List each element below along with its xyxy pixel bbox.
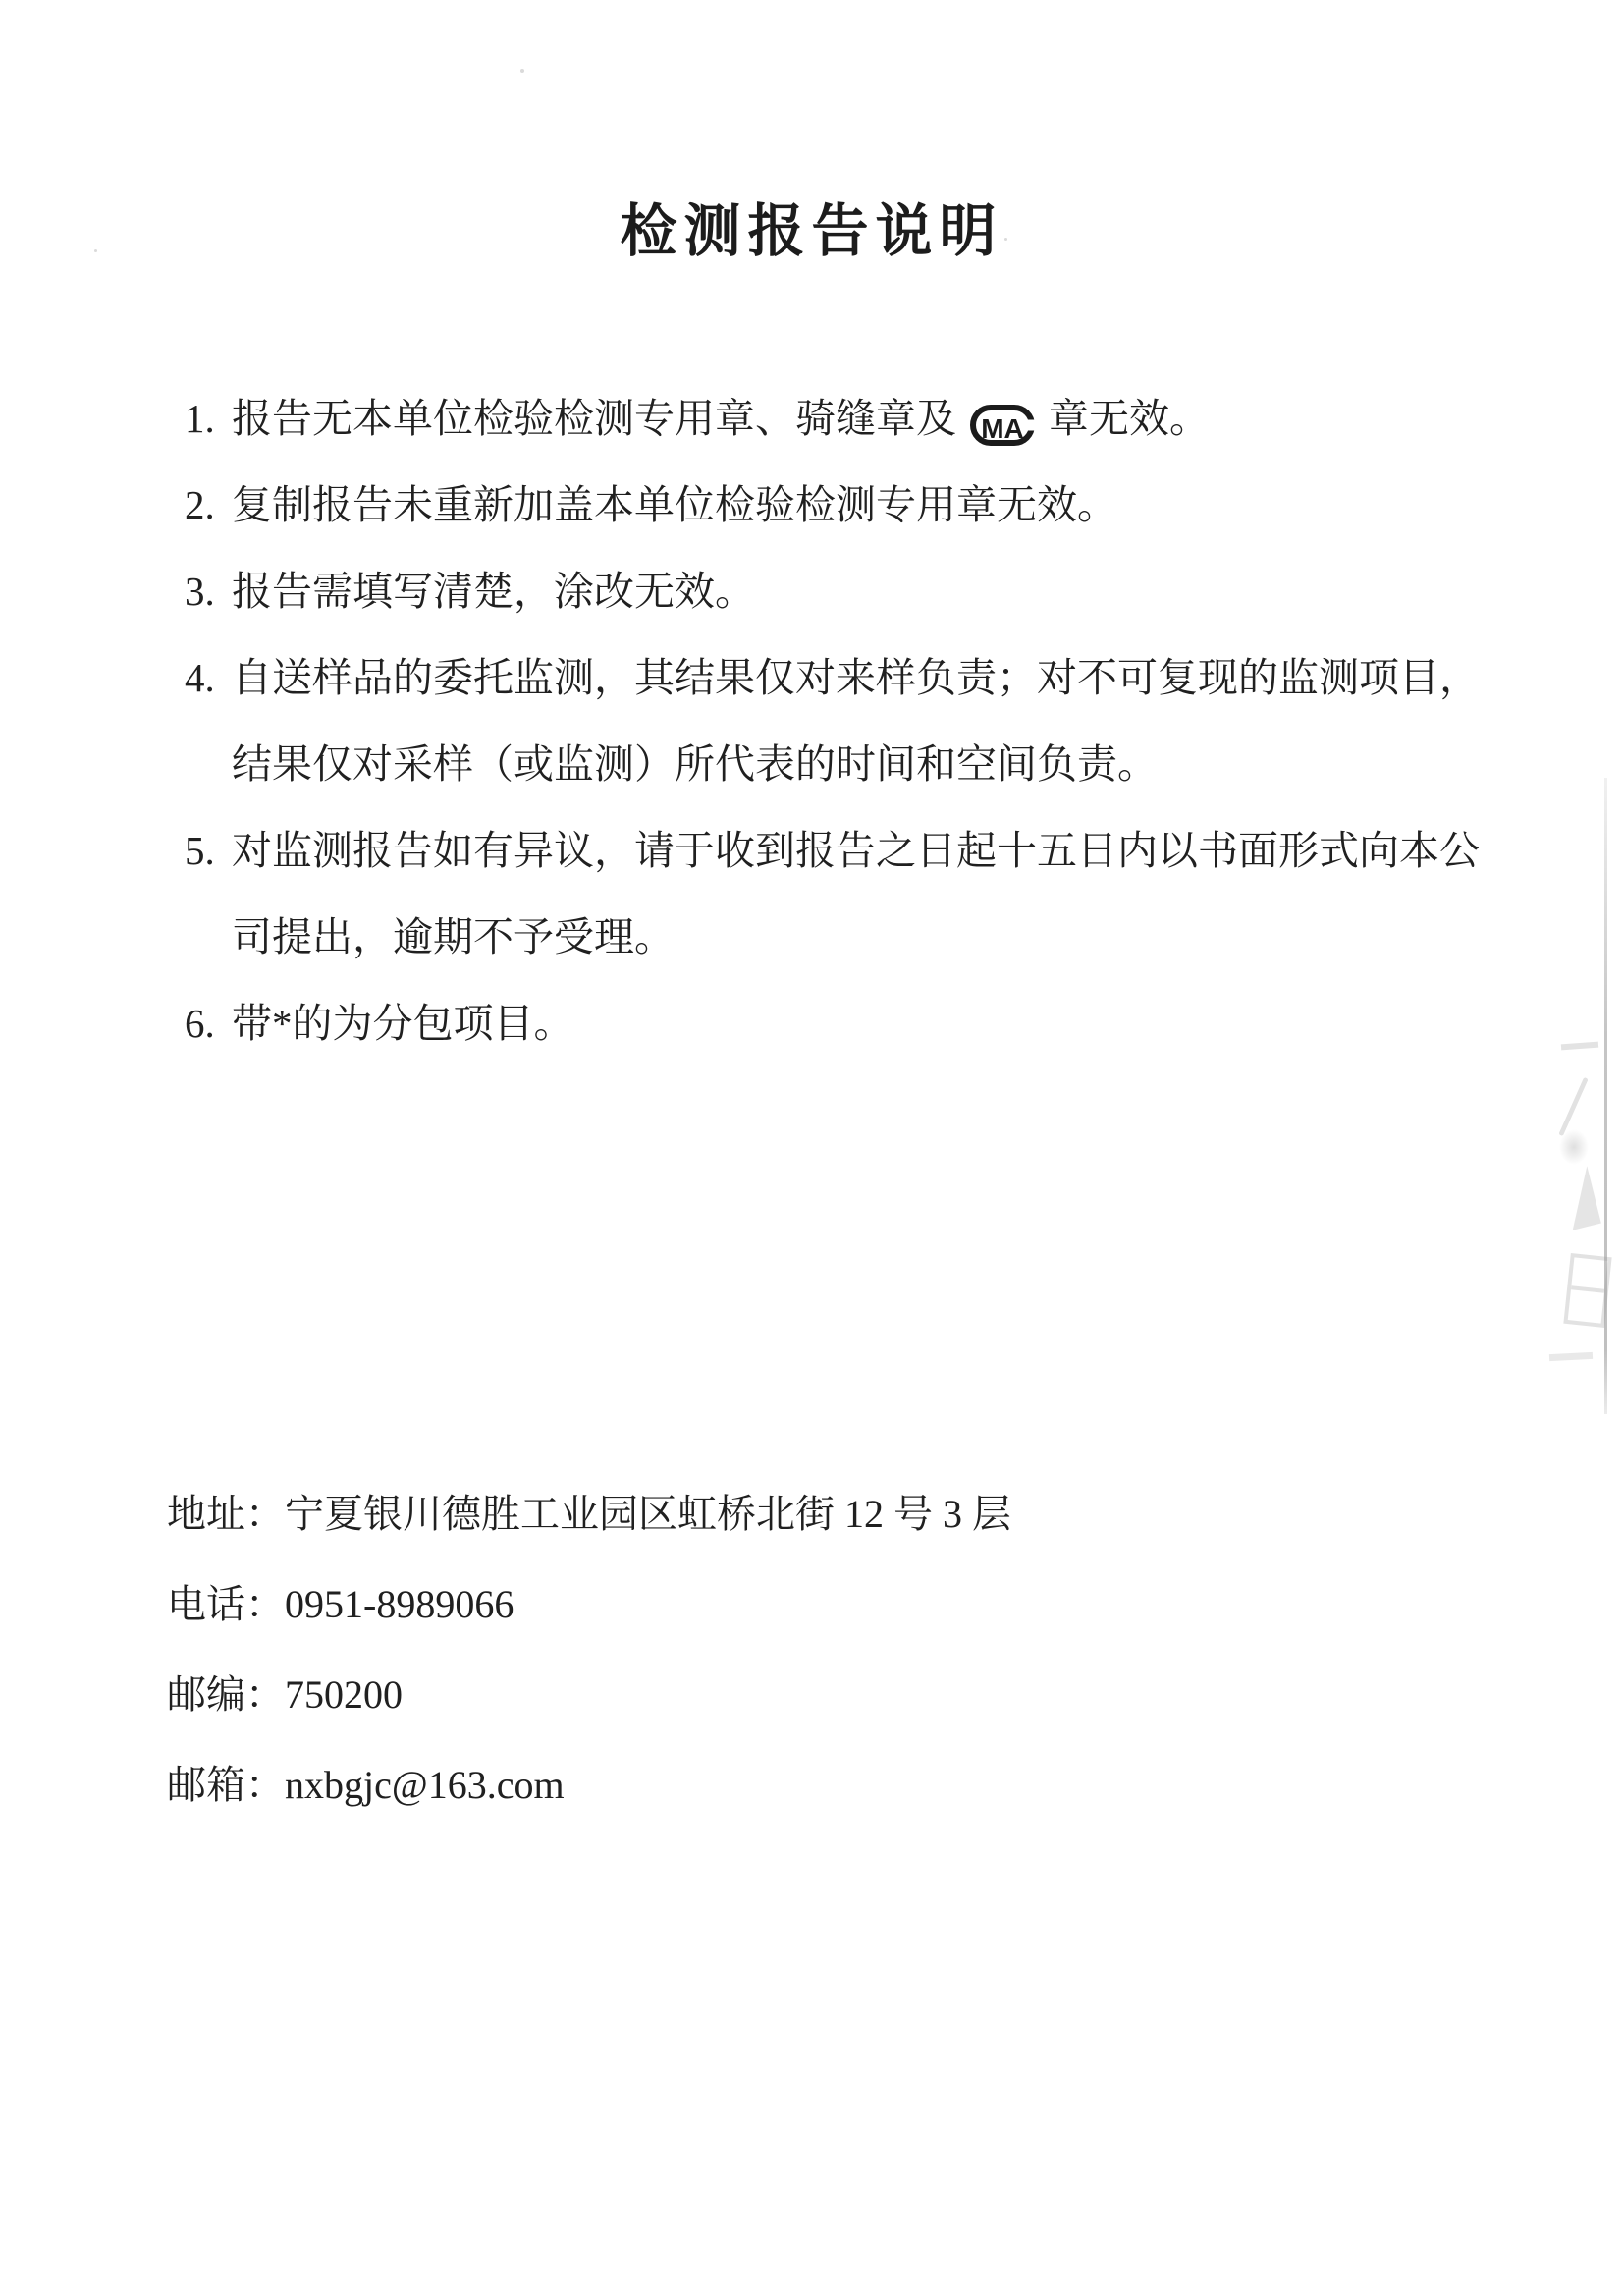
note-number: 2. — [185, 462, 232, 548]
note-item-5: 5. 对监测报告如有异议，请于收到报告之日起十五日内以书面形式向本公 司提出，逾… — [185, 807, 1466, 980]
note-number: 3. — [185, 548, 232, 634]
note-text-line-1: 对监测报告如有异议，请于收到报告之日起十五日内以书面形式向本公 — [232, 807, 1480, 894]
note-number: 1. — [185, 375, 232, 462]
note-text-before-mark: 报告无本单位检验检测专用章、骑缝章及 — [232, 396, 956, 441]
scan-speck — [94, 249, 97, 252]
note-item-6: 6. 带*的为分包项目。 — [185, 980, 1466, 1066]
contact-email-row: 邮箱：nxbgjc@163.com — [167, 1740, 1011, 1831]
scan-artifact — [1561, 1042, 1598, 1051]
note-text-after-mark: 章无效。 — [1049, 396, 1210, 441]
address-value: 宁夏银川德胜工业园区虹桥北街 12 号 3 层 — [285, 1492, 1011, 1536]
note-text-line-2: 司提出，逾期不予受理。 — [232, 894, 1480, 980]
scan-artifact — [1563, 1253, 1611, 1328]
phone-value: 0951-8989066 — [285, 1582, 514, 1626]
note-text: 报告无本单位检验检测专用章、骑缝章及MA章无效。 — [232, 396, 1210, 441]
scan-artifact — [1559, 1129, 1589, 1165]
contact-postcode-row: 邮编：750200 — [167, 1650, 1011, 1740]
postcode-label: 邮编： — [167, 1672, 285, 1717]
note-text: 报告需填写清楚，涂改无效。 — [232, 548, 1466, 634]
note-text-line-2: 结果仅对采样（或监测）所代表的时间和空间负责。 — [232, 721, 1480, 807]
note-text: 复制报告未重新加盖本单位检验检测专用章无效。 — [232, 462, 1466, 548]
document-page: 检测报告说明 1. 报告无本单位检验检测专用章、骑缝章及MA章无效。 2. 复制… — [0, 0, 1623, 2296]
page-title: 检测报告说明 — [0, 192, 1623, 271]
scan-speck — [520, 69, 524, 73]
cma-mark-icon: MA — [970, 405, 1035, 446]
contact-address-row: 地址：宁夏银川德胜工业园区虹桥北街 12 号 3 层 — [167, 1469, 1011, 1559]
scan-artifact — [1558, 1077, 1589, 1137]
postcode-value: 750200 — [285, 1672, 403, 1717]
note-text: 带*的为分包项目。 — [232, 980, 1466, 1066]
note-item-2: 2. 复制报告未重新加盖本单位检验检测专用章无效。 — [185, 462, 1466, 548]
note-number: 4. — [185, 634, 232, 721]
address-label: 地址： — [167, 1492, 285, 1536]
email-value: nxbgjc@163.com — [285, 1763, 565, 1807]
note-number: 6. — [185, 980, 232, 1066]
phone-label: 电话： — [167, 1582, 285, 1626]
contact-block: 地址：宁夏银川德胜工业园区虹桥北街 12 号 3 层 电话：0951-89890… — [167, 1469, 1011, 1831]
scan-artifact — [1558, 1166, 1601, 1230]
note-item-4: 4. 自送样品的委托监测，其结果仅对来样负责；对不可复现的监测项目， 结果仅对采… — [185, 634, 1466, 807]
scan-speck — [1004, 238, 1007, 241]
email-label: 邮箱： — [167, 1763, 285, 1807]
cma-mark-label: MA — [981, 413, 1024, 444]
scan-artifact — [1549, 1352, 1593, 1361]
note-item-1: 1. 报告无本单位检验检测专用章、骑缝章及MA章无效。 — [185, 375, 1466, 462]
notes-list: 1. 报告无本单位检验检测专用章、骑缝章及MA章无效。 2. 复制报告未重新加盖… — [185, 375, 1466, 1066]
contact-phone-row: 电话：0951-8989066 — [167, 1559, 1011, 1650]
note-item-3: 3. 报告需填写清楚，涂改无效。 — [185, 548, 1466, 634]
note-text-line-1: 自送样品的委托监测，其结果仅对来样负责；对不可复现的监测项目， — [232, 634, 1480, 721]
note-number: 5. — [185, 807, 232, 894]
